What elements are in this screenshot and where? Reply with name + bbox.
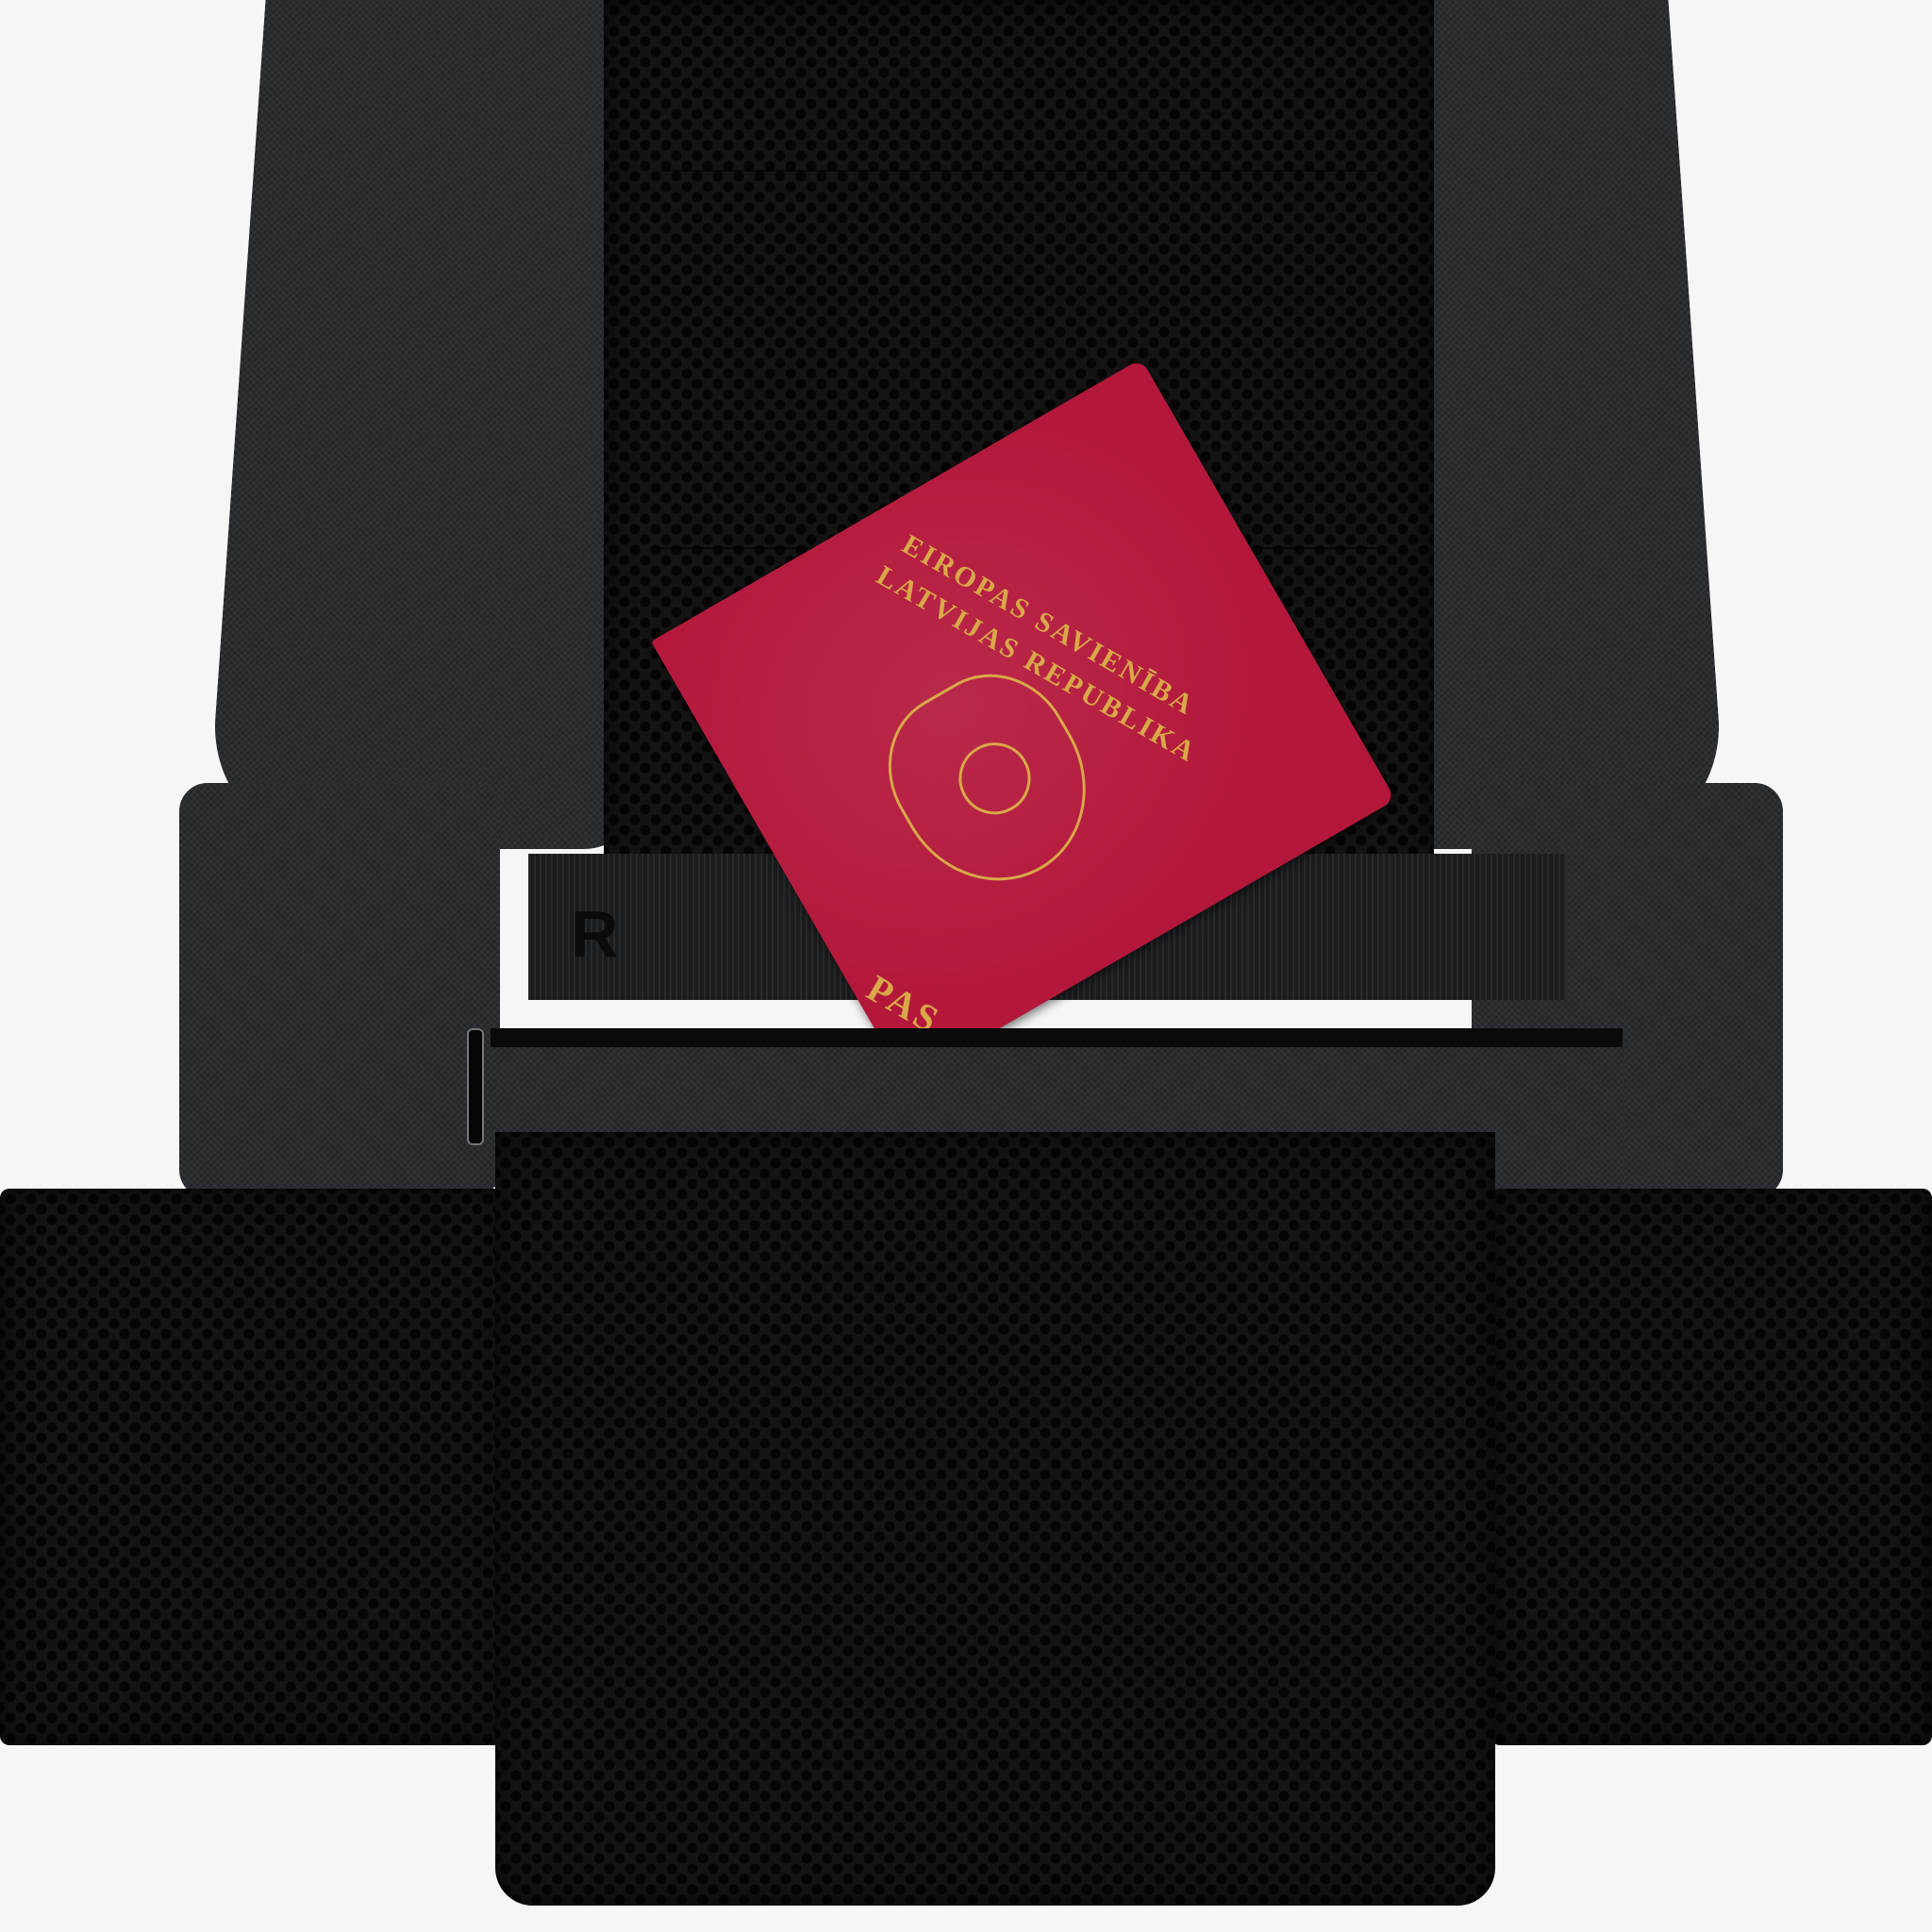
brand-logo: R	[571, 896, 619, 972]
center-mesh-pocket[interactable]	[495, 1132, 1495, 1906]
left-strap-lower	[179, 783, 500, 1198]
right-hip-mesh	[1491, 1189, 1932, 1745]
zipper-track	[491, 1028, 1623, 1047]
panel-seam	[660, 170, 1377, 172]
left-hip-mesh	[0, 1189, 509, 1745]
zipper-pull-icon[interactable]	[467, 1028, 484, 1145]
